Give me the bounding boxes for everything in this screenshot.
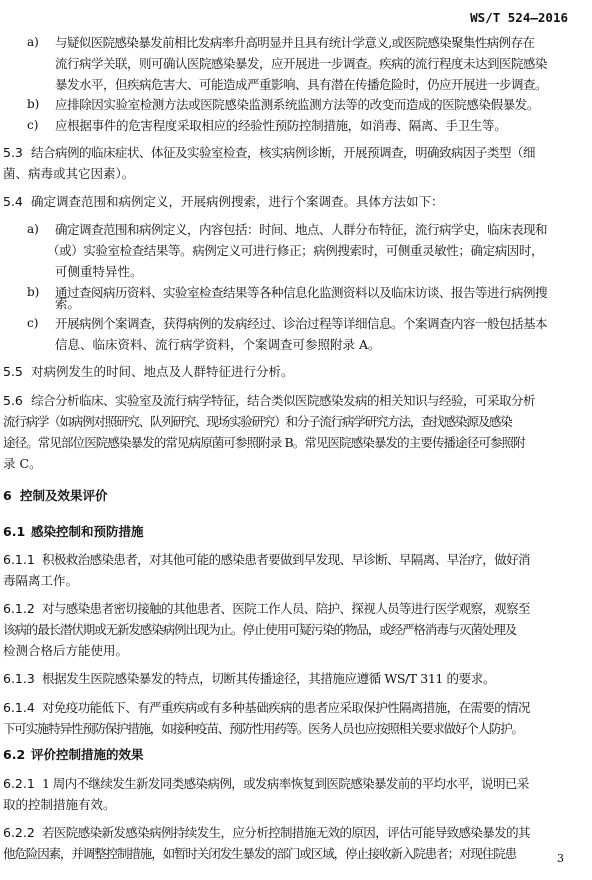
paragraph-line: 毒隔离工作。	[3, 573, 78, 589]
paragraph-line: 若医院感染新发感染病例持续发生，应分析控制措施无效的原因，评估可能导致感染暴发的…	[42, 825, 530, 841]
paragraph-line: 综合分析临床、实验室及流行病学特征，结合类似医院感染发病的相关知识与经验，可采取…	[31, 393, 535, 409]
paragraph-line: 暴发水平，但疾病危害大、可能造成严重影响、具有潜在传播危险时，仍应开展进一步调查…	[55, 77, 547, 93]
paragraph-line: 通过查阅病历资料、实验室检查结果等各种信息化监测资料以及临床访谈、报告等进行病例…	[55, 285, 547, 301]
paragraph-line: 信息、临床资料、流行病学资料，个案调查可参照附录 A。	[55, 337, 381, 353]
list-label: b)	[27, 97, 39, 111]
list-label: c)	[27, 316, 38, 330]
paragraph-line: 下可实施特异性预防保护措施，如接种疫苗、预防性用药等。医务人员也应按照相关要求做…	[3, 721, 523, 737]
clause-number: 6.2.1	[3, 776, 35, 792]
paragraph-line: 结合病例的临床症状、体征及实验室检查，核实病例诊断，开展预调查，明确致病因子类型…	[31, 145, 535, 161]
paragraph-line: 对病例发生的时间、地点及人群特征进行分析。	[31, 364, 294, 380]
paragraph-line: 菌、病毒或其它因素）。	[3, 166, 134, 182]
section-title: 感染控制和预防措施	[31, 524, 144, 540]
clause-number: 5.3	[3, 145, 23, 161]
section-number: 6.2	[3, 747, 25, 763]
paragraph-line: 途径。常见部位医院感染暴发的常见病原菌可参照附录 B。常见医院感染暴发的主要传播…	[3, 435, 525, 451]
clause-number: 6.1.4	[3, 700, 35, 716]
clause-number: 5.4	[3, 194, 23, 210]
paragraph-line: 确定调查范围和病例定义，开展病例搜索，进行个案调查。具体方法如下：	[31, 194, 444, 210]
paragraph-line: 取的控制措施有效。	[3, 797, 116, 813]
paragraph-line: 对免疫功能低下、有严重疾病或有多种基础疾病的患者应采取保护性隔离措施，在需要的情…	[42, 700, 530, 716]
paragraph-line: 积极救治感染患者，对其他可能的感染患者要做到早发现、早诊断、早隔离、早治疗，做好…	[42, 552, 530, 568]
list-label: a)	[27, 222, 39, 236]
paragraph-line: （或）实验室检查结果等。病例定义可进行修正；病例搜索时，可侧重灵敏性；确定病因时…	[47, 243, 543, 259]
paragraph-line: 流行病学（如病例对照研究、队列研究、现场实验研究）和分子流行病学研究方法，查找感…	[3, 414, 512, 430]
paragraph-line: 流行病学关联，则可确认医院感染暴发，应开展进一步调查。疾病的流行程度未达到医院感…	[55, 56, 547, 72]
paragraph-line: 应排除因实验室检测方法或医院感染监测系统监测方法等的改变而造成的医院感染假暴发。	[55, 97, 539, 113]
list-label: b)	[27, 285, 39, 299]
chapter-number: 6	[3, 488, 12, 504]
paragraph-line: 1 周内不继续发生新发同类感染病例，或发病率恢复到医院感染暴发前的平均水平，说明…	[42, 776, 529, 792]
chapter-title: 控制及效果评价	[20, 488, 108, 504]
paragraph-line: 该病的最长潜伏期或无新发感染病例出现为止。停止使用可疑污染的物品，或经严格消毒与…	[3, 622, 516, 638]
clause-number: 6.1.3	[3, 671, 35, 687]
paragraph-line: 录 C。	[3, 456, 42, 472]
list-label: c)	[27, 118, 38, 132]
paragraph-line: 检测合格后方能使用。	[3, 643, 128, 659]
paragraph-line: 他危险因素，并调整控制措施，如暂时关闭发生暴发的部门或区域，停止接收新入院患者；…	[3, 846, 516, 862]
clause-number: 6.1.2	[3, 601, 35, 617]
clause-number: 5.5	[3, 364, 23, 380]
paragraph-line: 根据发生医院感染暴发的特点，切断其传播途径，其措施应遵循 WS/T 311 的要…	[42, 671, 495, 687]
clause-number: 6.2.2	[3, 825, 35, 841]
clause-number: 6.1.1	[3, 552, 35, 568]
paragraph-line: 可侧重特异性。	[55, 264, 143, 280]
list-label: a)	[27, 35, 39, 49]
page-number: 3	[557, 852, 564, 865]
section-number: 6.1	[3, 524, 25, 540]
paragraph-line: 对与感染患者密切接触的其他患者、医院工作人员、陪护、探视人员等进行医学观察，观察…	[42, 601, 530, 617]
clause-number: 5.6	[3, 393, 23, 409]
paragraph-line: 确定调查范围和病例定义，内容包括：时间、地点、人群分布特征，流行病学史，临床表现…	[55, 222, 547, 238]
paragraph-line: 应根据事件的危害程度采取相应的经验性预防控制措施，如消毒、隔离、手卫生等。	[55, 118, 506, 134]
paragraph-line: 索。	[55, 296, 80, 312]
paragraph-line: 开展病例个案调查，获得病例的发病经过、诊治过程等详细信息。个案调查内容一般包括基…	[55, 316, 547, 332]
section-title: 评价控制措施的效果	[31, 747, 144, 763]
document-id-header: WS/T 524—2016	[470, 10, 568, 25]
paragraph-line: 与疑似医院感染暴发前相比发病率升高明显并且具有统计学意义,或医院感染聚集性病例存…	[55, 35, 534, 51]
